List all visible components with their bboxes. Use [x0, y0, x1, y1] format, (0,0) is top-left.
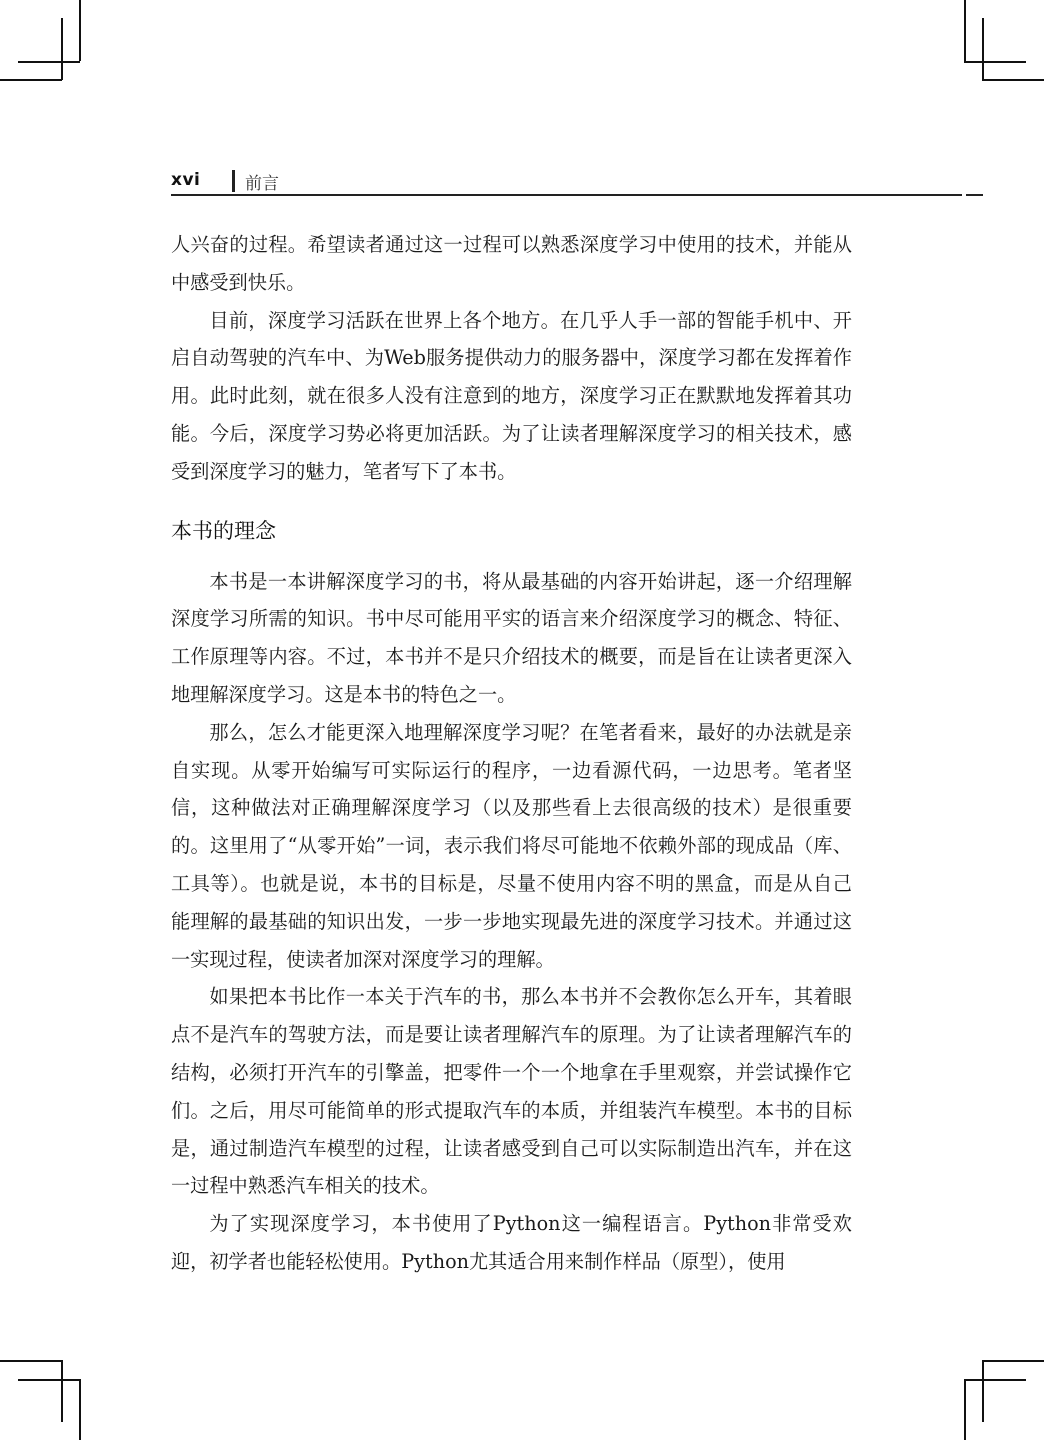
- crop-mark: [982, 18, 984, 80]
- crop-mark: [0, 1360, 62, 1362]
- crop-mark: [61, 18, 63, 80]
- body-paragraph: 本书是一本讲解深度学习的书，将从最基础的内容开始讲起，逐一介绍理解深度学习所需的…: [171, 563, 852, 714]
- body-paragraph: 为了实现深度学习，本书使用了Python这一编程语言。Python非常受欢迎，初…: [171, 1205, 852, 1281]
- crop-mark: [79, 0, 81, 61]
- crop-mark: [982, 79, 1044, 81]
- body-paragraph: 那么，怎么才能更深入地理解深度学习呢？在笔者看来，最好的办法就是亲自实现。从零开…: [171, 714, 852, 979]
- crop-mark: [18, 1379, 80, 1381]
- page-body: 人兴奋的过程。希望读者通过这一过程可以熟悉深度学习中使用的技术，并能从中感受到快…: [171, 226, 852, 1281]
- crop-mark: [18, 61, 80, 63]
- crop-mark: [964, 61, 1026, 63]
- crop-mark: [982, 1360, 984, 1422]
- section-heading: 本书的理念: [171, 513, 852, 549]
- page-number: xvi: [171, 170, 200, 190]
- header-divider-bar: [232, 170, 235, 192]
- crop-mark: [79, 1379, 81, 1440]
- body-paragraph: 人兴奋的过程。希望读者通过这一过程可以熟悉深度学习中使用的技术，并能从中感受到快…: [171, 226, 852, 302]
- crop-mark: [0, 79, 62, 81]
- crop-mark: [964, 0, 966, 61]
- body-paragraph: 目前，深度学习活跃在世界上各个地方。在几乎人手一部的智能手机中、开启自动驾驶的汽…: [171, 302, 852, 491]
- running-header: xvi 前言: [171, 168, 963, 196]
- header-rule: [171, 194, 962, 196]
- running-title: 前言: [245, 169, 279, 194]
- header-rule-tail: [966, 194, 983, 196]
- crop-mark: [964, 1379, 966, 1440]
- crop-mark: [964, 1379, 1026, 1381]
- crop-mark: [61, 1360, 63, 1422]
- crop-mark: [982, 1360, 1044, 1362]
- body-paragraph: 如果把本书比作一本关于汽车的书，那么本书并不会教你怎么开车，其着眼点不是汽车的驾…: [171, 978, 852, 1205]
